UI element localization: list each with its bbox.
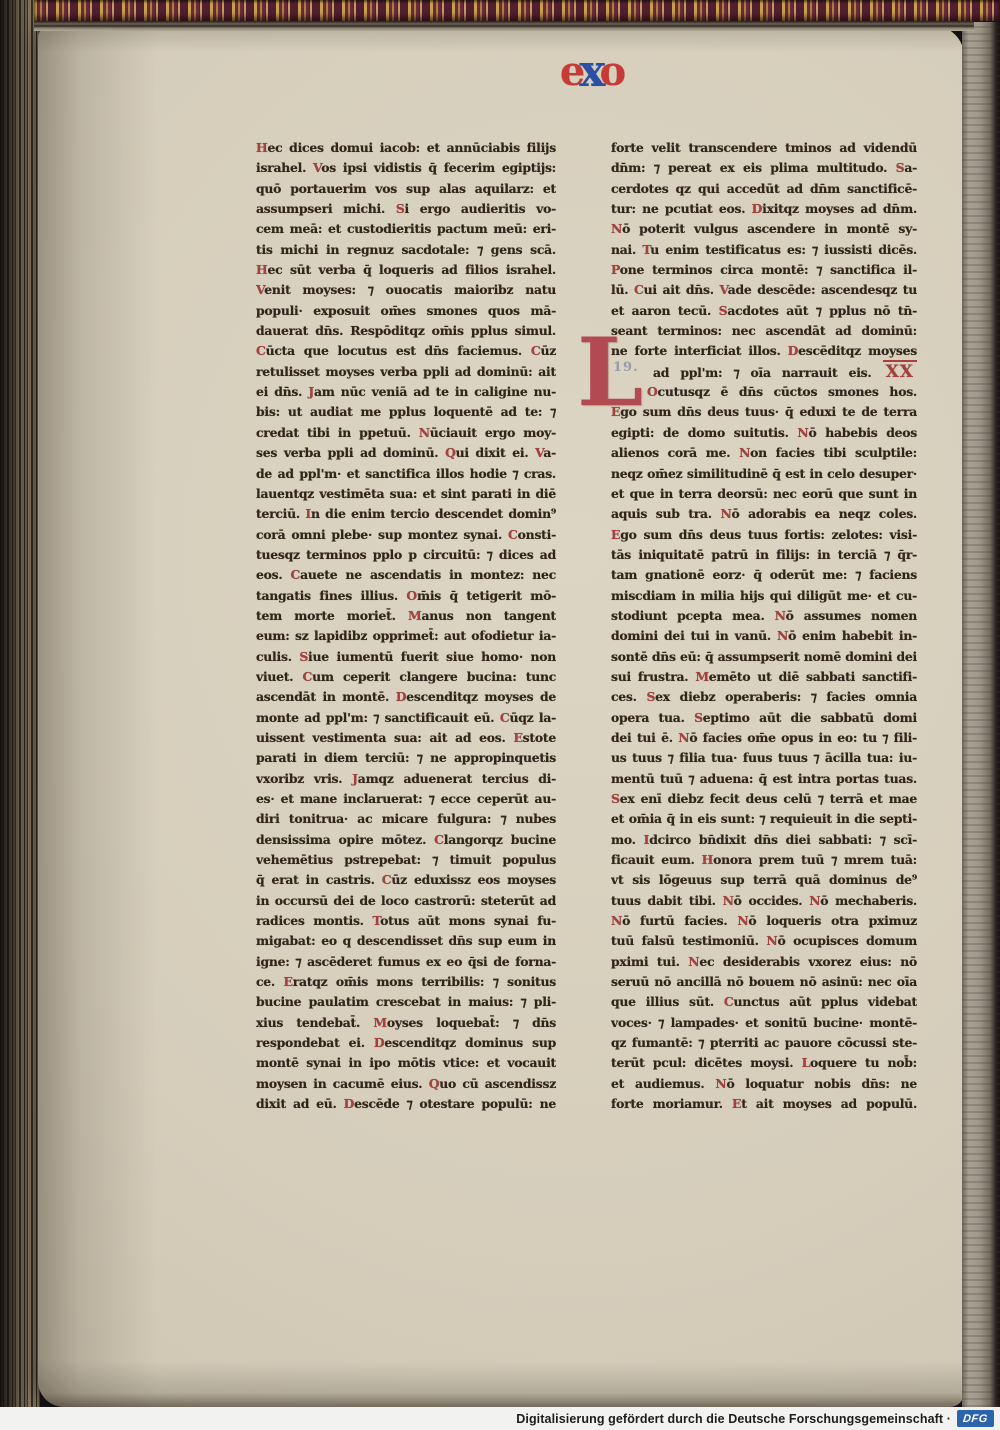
text-line: es· et mane inclaruerat: ⁊ ecce ceperūt … (256, 789, 556, 809)
text-line: viuet. Cum ceperit clangere bucina: tunc (256, 667, 556, 687)
text-line: lū. Cui ait dn̄s. Vade descēde: ascendes… (611, 280, 917, 300)
text-line: credat tibi in ppetuū. Nūciauit ergo moy… (256, 423, 556, 443)
text-line: ei dn̄s. Jam nūc veniā ad te in caligine… (256, 382, 556, 402)
text-line: bis: ut audiat me pplus loquentē ad te: … (256, 402, 556, 422)
text-line: uissent vestimenta sua: ait ad eos. Esto… (256, 728, 556, 748)
text-line: tuesqz terminos pplo p circuitū: ⁊ dices… (256, 545, 556, 565)
digitization-footer: Digitalisierung gefördert durch die Deut… (0, 1407, 1000, 1430)
text-line: ad ppl'm: ⁊ oīa narrauit eis. XX (611, 362, 917, 382)
text-line: tem morte moriet̄. Manus non tangent (256, 606, 556, 626)
text-line: montē synai in ipo mōtis vtice: et vocau… (256, 1053, 556, 1073)
chapter-initial-letter: L (577, 327, 641, 423)
text-line: tuū falsū testimoniū. Nō ocupisces domum (611, 931, 917, 951)
text-line: tangatis fines illius. Om̄is q̄ tetigeri… (256, 586, 556, 606)
text-line: igne: ⁊ ascēderet fumus ex eo q̄si de fo… (256, 952, 556, 972)
text-line: et audiemus. Nō loquatur nobis dn̄s: ne (611, 1074, 917, 1094)
text-line: quō portauerim vos sup alas aquilarz: et (256, 179, 556, 199)
text-line: sontē dn̄s eū: q̄ assumpserit nomē domin… (611, 647, 917, 667)
text-line: ficauit eum. Honora prem tuū ⁊ mrem tuā: (611, 850, 917, 870)
text-line: miscdiam in milia hijs qui diligūt me· e… (611, 586, 917, 606)
text-line: mo. Idcirco bn̄dixit dn̄s diei sabbati: … (611, 830, 917, 850)
text-line: que illius sūt. Cunctus aūt pplus videba… (611, 992, 917, 1012)
text-line: forte moriamur. Et ait moyses ad populū. (611, 1094, 917, 1114)
text-line: Ego sum dn̄s deus tuus· q̄ eduxi te de t… (611, 402, 917, 422)
text-line: ces. Sex diebz operaberis: ⁊ facies omni… (611, 687, 917, 707)
text-line: densissima opire mōtez. Clangorqz bucine (256, 830, 556, 850)
dfg-logo-text: DFG (962, 1413, 988, 1425)
text-line: stodiunt pcepta mea. Nō assumes nomen (611, 606, 917, 626)
scan-background: e x o Hec dices domui iacob: et annūciab… (0, 0, 1000, 1430)
text-line: mentū tuū ⁊ aduena: q̄ est intra portas … (611, 769, 917, 789)
running-title: e x o (538, 50, 648, 94)
text-column-left: Hec dices domui iacob: et annūciabis fil… (256, 138, 556, 1116)
text-line: assumpseri michi. Si ergo audieritis vo- (256, 199, 556, 219)
text-line: seruū nō ancillā nō bouem nō asinū: nec … (611, 972, 917, 992)
text-line: bucine paulatim crescebat in maius: ⁊ pl… (256, 992, 556, 1012)
text-line: qz fumantē: ⁊ pterriti ac pauore cōcussi… (611, 1033, 917, 1053)
text-line: ne forte interficiat illos. Descēditqz m… (611, 341, 917, 361)
text-line: Pone terminos circa montē: ⁊ sanctifica … (611, 260, 917, 280)
text-line: Cūcta que locutus est dn̄s faciemus. Cūz (256, 341, 556, 361)
running-title-letter-o: o (600, 52, 627, 92)
text-line: opera tua. Septimo aūt die sabbatū domi (611, 708, 917, 728)
text-line: dn̄m: ⁊ pereat ex eis plima multitudo. S… (611, 158, 917, 178)
text-line: seant terminos: nec ascendāt ad dominū: (611, 321, 917, 341)
text-line: respondebat ei. Descenditqz dominus sup (256, 1033, 556, 1053)
text-line: dixit ad eū. Descēde ⁊ otestare populū: … (256, 1094, 556, 1114)
text-line: cerdotes qz qui accedūt ad dn̄m sanctifi… (611, 179, 917, 199)
text-line: populi· exposuit om̄es smones quos mā- (256, 301, 556, 321)
text-line: tur: ne pcutiat eos. Dixitqz moyses ad d… (611, 199, 917, 219)
text-line: Nō furtū facies. Nō loqueris otra pximuz (611, 911, 917, 931)
binding-page-edge (34, 21, 974, 31)
book-binding-top (34, 0, 1000, 21)
text-line: culis. Siue iumentū fuerit siue homo· no… (256, 647, 556, 667)
text-line: diri tonitrua· ac micare fulgura: ⁊ nube… (256, 809, 556, 829)
text-line: ce. Eratqz om̄is mons terribilis: ⁊ soni… (256, 972, 556, 992)
text-column-right: forte velit transcendere tminos ad viden… (611, 138, 917, 1116)
text-line: tis michi in regnuz sacdotale: ⁊ gens sc… (256, 240, 556, 260)
text-line: ascendāt in montē. Descenditqz moyses de (256, 687, 556, 707)
text-line: parati in diem terciū: ⁊ ne appropinquet… (256, 748, 556, 768)
text-line: sui frustra. Memēto ut diē sabbati sanct… (611, 667, 917, 687)
text-line: eos. Cauete ne ascendatis in montez: nec (256, 565, 556, 585)
text-line: israhel. Vos ipsi vidistis q̄ fecerim eg… (256, 158, 556, 178)
text-line: Ocutusqz ē dn̄s cūctos smones hos. (611, 382, 917, 402)
text-line: ses verba ppli ad dominū. Qui dixit ei. … (256, 443, 556, 463)
text-line: nai. Tu enim testificatus es: ⁊ iussisti… (611, 240, 917, 260)
text-line: de ad ppl'm· et sanctifica illos hodie ⁊… (256, 464, 556, 484)
text-line: et que in terra deorsū: nec eorū que sun… (611, 484, 917, 504)
text-line: et aaron tecū. Sacdotes aūt ⁊ pplus nō t… (611, 301, 917, 321)
text-line: eum: sz lapidibz opprimet̄: aut ofodietu… (256, 626, 556, 646)
text-line: tās iniquitatē patrū in filijs: in terci… (611, 545, 917, 565)
text-line: Venit moyses: ⁊ ouocatis maioribz natu (256, 280, 556, 300)
text-line: voces· ⁊ lampades· et sonitū bucine· mon… (611, 1013, 917, 1033)
text-line: q̄ erat in castris. Cūz eduxissz eos moy… (256, 870, 556, 890)
text-line: vehemētius pstrepebat: ⁊ timuit populus (256, 850, 556, 870)
text-line: forte velit transcendere tminos ad viden… (611, 138, 917, 158)
text-line: vt sis lōgeuus sup terrā quā dominus de⁹ (611, 870, 917, 890)
left-page-edges (0, 0, 40, 1430)
text-line: xius tendebat̄. Moyses loquebat̄: ⁊ dn̄s (256, 1013, 556, 1033)
text-line: domini dei tui in vanū. Nō enim habebit … (611, 626, 917, 646)
text-line: terūt pcul: dicētes moysi. Loquere tu no… (611, 1053, 917, 1073)
text-line: dauerat dn̄s. Respōditqz om̄is pplus sim… (256, 321, 556, 341)
text-line: cem meā: et custodieritis pactum meū: er… (256, 219, 556, 239)
text-line: alienos corā me. Non facies tibi sculpti… (611, 443, 917, 463)
text-line: Sex enī diebz fecit deus celū ⁊ terrā et… (611, 789, 917, 809)
text-line: moysen in cacumē eius. Quo cū ascendissz (256, 1074, 556, 1094)
text-line: lauentqz vestimēta sua: et sint parati i… (256, 484, 556, 504)
text-line: Ego sum dn̄s deus tuus fortis: zelotes: … (611, 525, 917, 545)
text-line: retulisset moyses verba ppli ad dominū: … (256, 362, 556, 382)
text-line: in occursū dei de loco castrorū: steterū… (256, 891, 556, 911)
text-line: pximi tui. Nec desiderabis vxorez eius: … (611, 952, 917, 972)
footer-credit-text: Digitalisierung gefördert durch die Deut… (516, 1412, 951, 1426)
text-line: et om̄ia q̄ in eis sunt: ⁊ requieuit in … (611, 809, 917, 829)
text-line: migabat: eo q descendisset dn̄s sup eum … (256, 931, 556, 951)
text-line: terciū. In die enim tercio descendet dom… (256, 504, 556, 524)
right-page-edge (962, 22, 1000, 1407)
dfg-logo: DFG (957, 1410, 994, 1427)
text-line: egipti: de domo suitutis. Nō habebis deo… (611, 423, 917, 443)
text-line: us tuus ⁊ filia tua· fuus tuus ⁊ ācilla … (611, 748, 917, 768)
text-line: Nō poterit vulgus ascendere in montē sy- (611, 219, 917, 239)
text-line: aquis sub tra. Nō adorabis ea neqz coles… (611, 504, 917, 524)
text-line: tuus dabit tibi. Nō occides. Nō mechaber… (611, 891, 917, 911)
text-line: monte ad ppl'm: ⁊ sanctificauit eū. Cūqz… (256, 708, 556, 728)
text-line: tam gnationē eorz· q̄ oderūt me: ⁊ facie… (611, 565, 917, 585)
text-line: Hec sūt verba q̄ loqueris ad filios isra… (256, 260, 556, 280)
text-line: dei tui ē. Nō facies om̄e opus in eo: tu… (611, 728, 917, 748)
text-line: Hec dices domui iacob: et annūciabis fil… (256, 138, 556, 158)
text-line: corā omni plebe· sup montez synai. Const… (256, 525, 556, 545)
text-line: vxoribz vris. Jamqz aduenerat tercius di… (256, 769, 556, 789)
text-line: neqz om̄ez similitudinē q̄ est in celo d… (611, 464, 917, 484)
text-line: radices montis. Totus aūt mons synai fu- (256, 911, 556, 931)
